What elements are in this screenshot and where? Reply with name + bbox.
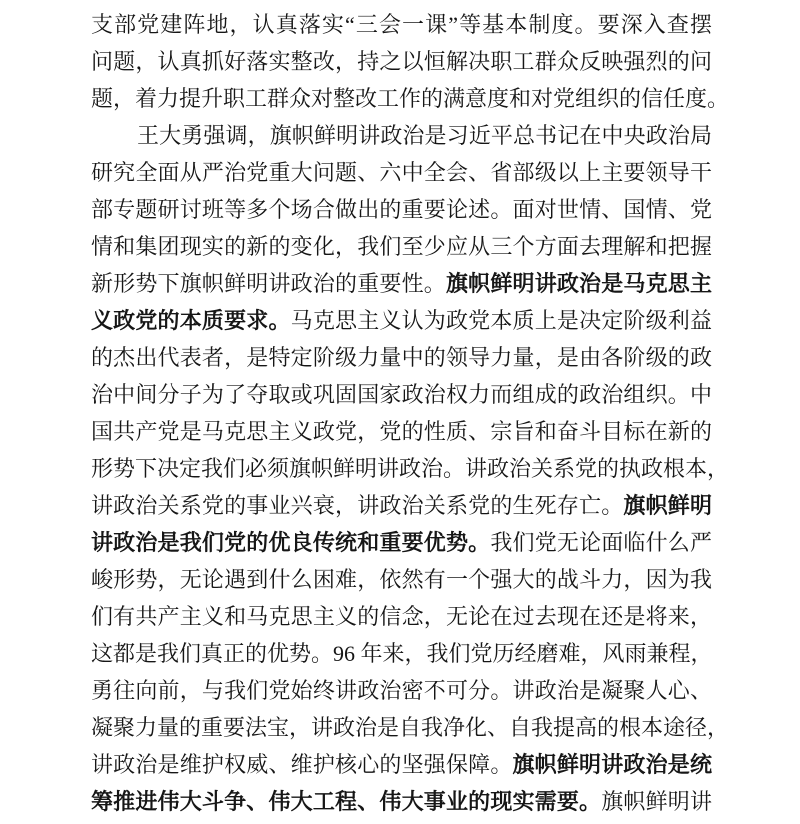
text-run: 王大勇强调，旗帜鲜明讲政治是习近平总书记在中央政治局 <box>137 123 712 148</box>
text-run: 讲政治是维护权威、维护核心的坚强保障。 <box>91 752 513 777</box>
emphasis-text-run: 讲政治是我们党的优良传统和重要优势。 <box>91 530 490 555</box>
text-line: 部专题研讨班等多个场合做出的重要论述。面对世情、国情、党 <box>91 191 712 228</box>
text-line: 凝聚力量的重要法宝，讲政治是自我净化、自我提高的根本途径， <box>91 709 712 746</box>
text-line: 讲政治是维护权威、维护核心的坚强保障。旗帜鲜明讲政治是统 <box>91 746 712 783</box>
text-run: 治中间分子为了夺取或巩固国家政治权力而组成的政治组织。中 <box>91 382 712 407</box>
document-body: 支部党建阵地，认真落实“三会一课”等基本制度。要深入查摆问题，认真抓好落实整改，… <box>91 6 712 820</box>
emphasis-text-run: 旗帜鲜明讲政治是统 <box>513 752 712 777</box>
text-line: 国共产党是马克思主义政党，党的性质、宗旨和奋斗目标在新的 <box>91 413 712 450</box>
text-run: 研究全面从严治党重大问题、六中全会、省部级以上主要领导干 <box>91 160 712 185</box>
text-line: 讲政治关系党的事业兴衰，讲政治关系党的生死存亡。旗帜鲜明 <box>91 487 712 524</box>
text-line: 这都是我们真正的优势。96 年来，我们党历经磨难，风雨兼程， <box>91 635 712 672</box>
text-line: 形势下决定我们必须旗帜鲜明讲政治。讲政治关系党的执政根本， <box>91 450 712 487</box>
text-run: 题，着力提升职工群众对整改工作的满意度和对党组织的信任度。 <box>91 86 729 111</box>
text-line: 筹推进伟大斗争、伟大工程、伟大事业的现实需要。旗帜鲜明讲 <box>91 783 712 820</box>
text-line: 治中间分子为了夺取或巩固国家政治权力而组成的政治组织。中 <box>91 376 712 413</box>
text-run: 支部党建阵地，认真落实“三会一课”等基本制度。要深入查摆 <box>91 12 712 37</box>
text-line: 讲政治是我们党的优良传统和重要优势。我们党无论面临什么严 <box>91 524 712 561</box>
text-run: 勇往向前，与我们党始终讲政治密不可分。讲政治是凝聚人心、 <box>91 678 712 703</box>
text-run: 部专题研讨班等多个场合做出的重要论述。面对世情、国情、党 <box>91 197 712 222</box>
text-run: 问题，认真抓好落实整改，持之以恒解决职工群众反映强烈的问 <box>91 49 712 74</box>
emphasis-text-run: 旗帜鲜明讲政治是马克思主 <box>446 271 712 296</box>
text-run: 我们党无论面临什么严 <box>490 530 712 555</box>
text-line: 题，着力提升职工群众对整改工作的满意度和对党组织的信任度。 <box>91 80 712 117</box>
text-line: 情和集团现实的新的变化，我们至少应从三个方面去理解和把握 <box>91 228 712 265</box>
text-line: 研究全面从严治党重大问题、六中全会、省部级以上主要领导干 <box>91 154 712 191</box>
text-run: 们有共产主义和马克思主义的信念，无论在过去现在还是将来， <box>91 604 712 629</box>
text-run: 讲政治关系党的事业兴衰，讲政治关系党的生死存亡。 <box>91 493 623 518</box>
text-line: 义政党的本质要求。马克思主义认为政党本质上是决定阶级利益 <box>91 302 712 339</box>
text-run: 形势下决定我们必须旗帜鲜明讲政治。讲政治关系党的执政根本， <box>91 456 729 481</box>
text-line: 的杰出代表者，是特定阶级力量中的领导力量，是由各阶级的政 <box>91 339 712 376</box>
text-run: 国共产党是马克思主义政党，党的性质、宗旨和奋斗目标在新的 <box>91 419 712 444</box>
paragraph-wang-dayong-emphasis: 王大勇强调，旗帜鲜明讲政治是习近平总书记在中央政治局研究全面从严治党重大问题、六… <box>91 117 712 820</box>
emphasis-text-run: 旗帜鲜明 <box>623 493 712 518</box>
text-run: 峻形势，无论遇到什么困难，依然有一个强大的战斗力，因为我 <box>91 567 712 592</box>
document-page: 支部党建阵地，认真落实“三会一课”等基本制度。要深入查摆问题，认真抓好落实整改，… <box>0 0 800 824</box>
text-line: 支部党建阵地，认真落实“三会一课”等基本制度。要深入查摆 <box>91 6 712 43</box>
text-line: 们有共产主义和马克思主义的信念，无论在过去现在还是将来， <box>91 598 712 635</box>
paragraph-continuation: 支部党建阵地，认真落实“三会一课”等基本制度。要深入查摆问题，认真抓好落实整改，… <box>91 6 712 117</box>
text-line: 新形势下旗帜鲜明讲政治的重要性。旗帜鲜明讲政治是马克思主 <box>91 265 712 302</box>
text-run: 凝聚力量的重要法宝，讲政治是自我净化、自我提高的根本途径， <box>91 715 729 740</box>
text-line: 问题，认真抓好落实整改，持之以恒解决职工群众反映强烈的问 <box>91 43 712 80</box>
emphasis-text-run: 义政党的本质要求。 <box>91 308 291 333</box>
text-run: 马克思主义认为政党本质上是决定阶级利益 <box>291 308 712 333</box>
text-line: 峻形势，无论遇到什么困难，依然有一个强大的战斗力，因为我 <box>91 561 712 598</box>
text-line: 勇往向前，与我们党始终讲政治密不可分。讲政治是凝聚人心、 <box>91 672 712 709</box>
text-run: 情和集团现实的新的变化，我们至少应从三个方面去理解和把握 <box>91 234 712 259</box>
text-run: 新形势下旗帜鲜明讲政治的重要性。 <box>91 271 446 296</box>
emphasis-text-run: 筹推进伟大斗争、伟大工程、伟大事业的现实需要。 <box>91 789 601 814</box>
text-run: 的杰出代表者，是特定阶级力量中的领导力量，是由各阶级的政 <box>91 345 712 370</box>
text-run: 旗帜鲜明讲 <box>601 789 712 814</box>
text-line: 王大勇强调，旗帜鲜明讲政治是习近平总书记在中央政治局 <box>91 117 712 154</box>
text-run: 这都是我们真正的优势。96 年来，我们党历经磨难，风雨兼程， <box>91 641 713 666</box>
